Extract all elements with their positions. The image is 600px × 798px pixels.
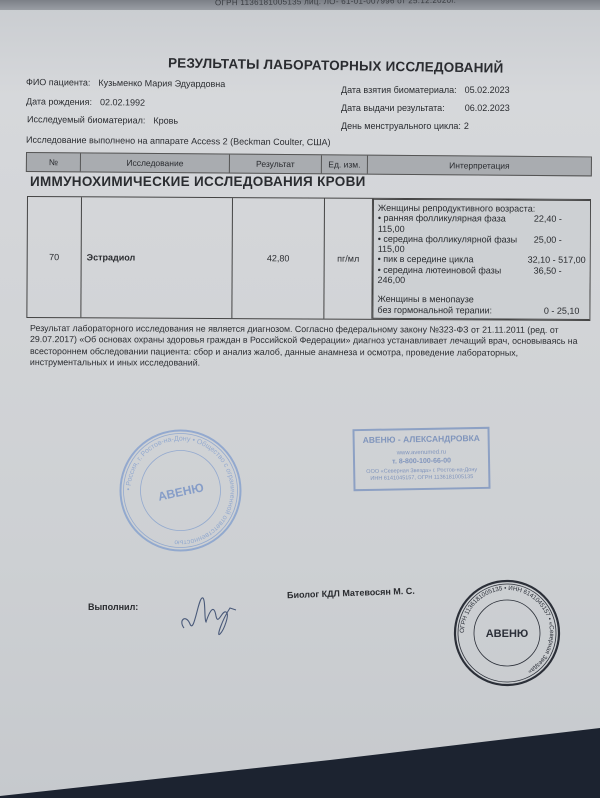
signer-name: Биолог КДЛ Матевосян М. С.: [287, 586, 415, 600]
patient-name-field: ФИО пациента:Кузьменко Мария Эдуардовна: [26, 77, 225, 89]
row-test: Эстрадиол: [81, 197, 233, 318]
result-date-value: 06.02.2023: [465, 103, 510, 113]
svg-text:АВЕНЮ: АВЕНЮ: [486, 628, 529, 640]
result-date-label: Дата выдачи результата:: [341, 103, 445, 113]
interp-item-label: • середина лютеиновой фазы: [378, 265, 502, 276]
cycle-day-field: День менструального цикла:2: [341, 121, 469, 131]
sample-date-field: Дата взятия биоматериала:05.02.2023: [341, 85, 510, 95]
device-note: Исследование выполнено на аппарате Acces…: [26, 135, 331, 148]
stamp-phone: т. 8-800-100-66-00: [355, 457, 488, 466]
row-num: 70: [27, 197, 82, 317]
col-header-unit: Ед. изм.: [322, 155, 368, 173]
section-title: ИММУНОХИМИЧЕСКИЕ ИССЛЕДОВАНИЯ КРОВИ: [30, 174, 366, 189]
result-date-field: Дата выдачи результата:06.02.2023: [341, 103, 510, 113]
disclaimer-text: Результат лабораторного исследования не …: [30, 323, 585, 371]
interp-item-label: без гормональной терапии:: [377, 305, 492, 316]
interp-item-range: 32,10 - 517,00: [528, 255, 586, 266]
interp-item-label: • пик в середине цикла: [378, 254, 474, 265]
cycle-day-value: 2: [464, 121, 469, 131]
document-page: ОГРН 1136181005135 лиц. ЛО- 61-01-007996…: [0, 0, 600, 798]
round-stamp-dark: ОГРН 1136181005135 • ИНН 6141045157 • «С…: [452, 578, 562, 688]
cycle-day-label: День менструального цикла:: [341, 121, 461, 131]
row-unit: пг/мл: [324, 199, 373, 319]
sample-date-value: 05.02.2023: [465, 85, 510, 95]
round-stamp-faint: • Россия, г. Ростов-на-Дону • Общество с…: [118, 428, 243, 553]
interp-item-range: 36,50 -: [534, 265, 562, 275]
col-header-result: Результат: [230, 155, 322, 174]
dob-value: 02.02.1992: [100, 97, 145, 107]
interp-item-range: 25,00 -: [534, 235, 562, 245]
col-header-num: №: [27, 153, 81, 171]
document-title: РЕЗУЛЬТАТЫ ЛАБОРАТОРНЫХ ИССЛЕДОВАНИЙ: [168, 55, 504, 75]
biomaterial-value: Кровь: [153, 116, 178, 126]
stamp-site: www.avenumed.ru: [355, 449, 488, 457]
interp-item-range: 0 - 25,10: [544, 305, 580, 315]
svg-text:АВЕНЮ: АВЕНЮ: [157, 480, 205, 503]
interp-item-range: 22,40 -: [534, 214, 562, 224]
sample-date-label: Дата взятия биоматериала:: [341, 85, 457, 95]
stamp-ids: ИНН 6141045157, ОГРН 1136181005135: [355, 474, 488, 482]
stamp-brand: АВЕНЮ - АЛЕКСАНДРОВКА: [363, 433, 480, 445]
col-header-test: Исследование: [81, 153, 230, 172]
performed-by-label: Выполнил:: [88, 602, 138, 612]
biomaterial-label: Исследуемый биоматериал:: [27, 114, 145, 125]
dob-field: Дата рождения:02.02.1992: [26, 96, 145, 107]
clinic-rect-stamp: АВЕНЮ - АЛЕКСАНДРОВКА www.avenumed.ru т.…: [352, 427, 490, 491]
interp-item-label: • середина фолликулярной фазы: [378, 234, 517, 245]
row-interpretation: Женщины репродуктивного возраста: • ранн…: [372, 199, 590, 320]
row-result: 42,80: [232, 198, 325, 318]
dob-label: Дата рождения:: [26, 96, 92, 107]
col-header-interpretation: Интерпретация: [368, 156, 591, 176]
interp-item: без гормональной терапии:0 - 25,10: [377, 305, 585, 316]
table-header: № Исследование Результат Ед. изм. Интерп…: [26, 152, 592, 176]
table-row: 70 Эстрадиол 42,80 пг/мл Женщины репроду…: [26, 196, 591, 321]
interp-item-label: • ранняя фолликулярная фаза: [378, 213, 506, 224]
biomaterial-field: Исследуемый биоматериал:Кровь: [27, 114, 178, 126]
patient-name-label: ФИО пациента:: [26, 77, 90, 88]
patient-name: Кузьменко Мария Эдуардовна: [98, 78, 225, 89]
handwritten-signature: [176, 590, 256, 640]
